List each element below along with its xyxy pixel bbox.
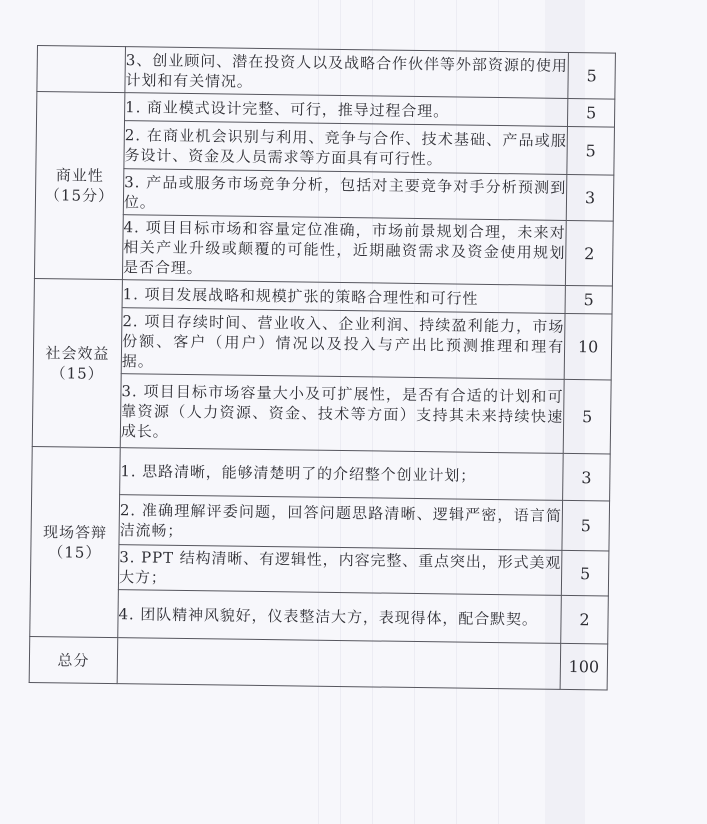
total-label: 总分 <box>29 636 118 683</box>
criterion-score: 3 <box>563 453 611 501</box>
total-description <box>117 638 561 690</box>
category-points: （15） <box>31 541 118 562</box>
total-score: 100 <box>560 643 608 690</box>
criterion-description: 3、创业顾问、潜在投资人以及战略合作伙伴等外部资源的使用计划和有关情况。 <box>125 47 569 99</box>
category-cell-empty <box>37 46 126 93</box>
criterion-score: 5 <box>561 550 609 596</box>
criterion-score: 10 <box>564 313 612 380</box>
criterion-description: 4. 项目目标市场和容量定位准确，市场前景规划合理，未来对相关产业升级或颠覆的可… <box>122 215 566 286</box>
criterion-score: 5 <box>565 285 612 314</box>
category-name: 商业性 <box>36 165 123 186</box>
criterion-description: 3. 项目目标市场容量大小及可扩展性，是否有合适的计划和可靠资源（人力资源、资金… <box>120 374 564 454</box>
category-name: 社会效益 <box>34 342 121 363</box>
criterion-score: 2 <box>565 220 613 286</box>
criterion-description: 4. 团队精神风貌好，仪表整洁大方，表现得体，配合默契。 <box>118 590 562 644</box>
criterion-description: 1. 思路清晰，能够清楚明了的介绍整个创业计划； <box>120 448 564 501</box>
scoring-table-page: 3、创业顾问、潜在投资人以及战略合作伙伴等外部资源的使用计划和有关情况。 5 商… <box>29 45 615 691</box>
scoring-table: 3、创业顾问、潜在投资人以及战略合作伙伴等外部资源的使用计划和有关情况。 5 商… <box>29 45 616 691</box>
criterion-score: 2 <box>561 595 609 644</box>
total-row: 总分 100 <box>29 636 608 690</box>
category-cell-commercial: 商业性 （15分） <box>34 92 124 280</box>
category-name: 现场答辩 <box>32 521 119 542</box>
criterion-score: 5 <box>562 500 610 551</box>
criterion-score: 5 <box>563 379 611 454</box>
table-row: 现场答辩 （15） 1. 思路清晰，能够清楚明了的介绍整个创业计划； 3 <box>32 446 611 501</box>
criterion-score: 5 <box>567 126 615 175</box>
table-row: 3、创业顾问、潜在投资人以及战略合作伙伴等外部资源的使用计划和有关情况。 5 <box>37 46 616 100</box>
category-cell-live-defense: 现场答辩 （15） <box>30 446 120 637</box>
criterion-description: 2. 在商业机会识别与利用、竞争与合作、技术基础、产品或服务设计、资金及人员需求… <box>124 121 568 175</box>
criterion-score: 3 <box>566 174 614 221</box>
criterion-score: 5 <box>567 98 614 127</box>
criterion-score: 5 <box>568 52 616 99</box>
category-points: （15分） <box>36 185 123 206</box>
category-points: （15） <box>34 362 121 383</box>
criterion-description: 2. 项目存续时间、营业收入、企业利润、持续盈利能力，市场份额、客户（用户）情况… <box>121 308 565 380</box>
category-cell-social-benefit: 社会效益 （15） <box>32 278 122 447</box>
criterion-description: 3. PPT 结构清晰、有逻辑性，内容完整、重点突出，形式美观大方； <box>118 545 562 596</box>
criterion-description: 3. 产品或服务市场竞争分析，包括对主要竞争对手分析预测到位。 <box>123 169 567 221</box>
criterion-description: 2. 准确理解评委问题，回答问题思路清晰、逻辑严密，语言简洁流畅； <box>119 495 563 551</box>
